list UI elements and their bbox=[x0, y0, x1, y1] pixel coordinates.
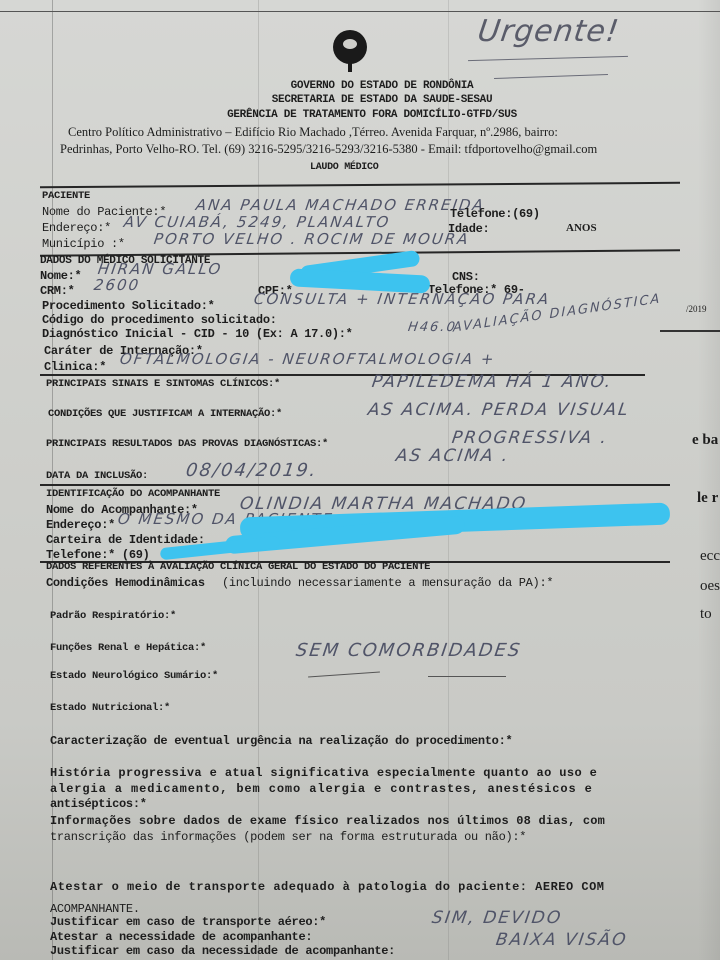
underline bbox=[468, 56, 628, 61]
history-line-2: alergia a medicamento, bem como alergia … bbox=[50, 782, 593, 796]
margin-fragment: ecc bbox=[700, 548, 720, 565]
header-government: GOVERNO DO ESTADO DE RONDÔNIA bbox=[22, 80, 720, 92]
patient-address-label: Endereço:* bbox=[42, 221, 111, 235]
exam-info-line-1: Informações sobre dados de exame físico … bbox=[50, 814, 605, 828]
respiratory-label: Padrão Respiratório:* bbox=[50, 610, 176, 622]
header-address-line2: Pedrinhas, Porto Velho-RO. Tel. (69) 321… bbox=[60, 142, 597, 157]
medical-report-page: Urgente! GOVERNO DO ESTADO DE RONDÔNIA S… bbox=[0, 0, 720, 960]
hemodynamic-label: Condições Hemodinâmicas bbox=[46, 576, 205, 590]
margin-fragment: oes bbox=[700, 578, 720, 595]
patient-age-unit: ANOS bbox=[566, 222, 597, 234]
admission-justification-label: CONDIÇÕES QUE JUSTIFICAM A INTERNAÇÃO:* bbox=[48, 408, 282, 420]
transport-line-2: ACOMPANHANTE. bbox=[50, 902, 140, 916]
header-secretariat: SECRETARIA DE ESTADO DA SAUDE-SESAU bbox=[22, 94, 720, 106]
clinical-signs-value: PAPILEDEMA HÁ 1 ANO. bbox=[371, 372, 614, 392]
diagnosis-value: H46.0 bbox=[407, 320, 458, 335]
procedure-value: CONSULTA + INTERNAÇÃO PARA bbox=[253, 290, 552, 308]
inclusion-date-label: DATA DA INCLUSÃO: bbox=[46, 470, 148, 482]
diagnostic-results-value-continued: AS ACIMA . bbox=[395, 446, 511, 466]
admission-justification-value: AS ACIMA. PERDA VISUAL bbox=[367, 400, 631, 420]
section-divider bbox=[40, 182, 680, 188]
header-department: GERÊNCIA DE TRATAMENTO FORA DOMICÍLIO-GT… bbox=[12, 109, 720, 121]
handwritten-stroke bbox=[308, 671, 380, 677]
section-patient: PACIENTE bbox=[42, 190, 90, 202]
patient-city-value: PORTO VELHO . ROCIM DE MOURA bbox=[153, 230, 471, 248]
physician-crm-label: CRM:* bbox=[40, 284, 75, 298]
companion-need-value: SIM, DEVIDO bbox=[431, 908, 564, 928]
companion-justification-label: Justificar em caso da necessidade de aco… bbox=[50, 944, 395, 958]
history-line-1: História progressiva e atual significati… bbox=[50, 766, 597, 780]
diagnostic-results-label: PRINCIPAIS RESULTADOS DAS PROVAS DIAGNÓS… bbox=[46, 438, 328, 450]
divider bbox=[660, 330, 720, 332]
patient-address-value: AV CUIABÁ, 5249, PLANALTO bbox=[123, 213, 392, 231]
handwritten-stroke bbox=[428, 676, 506, 677]
procedure-label: Procedimento Solicitado:* bbox=[42, 299, 215, 313]
hemodynamic-note: (incluindo necessariamente a mensuração … bbox=[222, 576, 553, 590]
companion-justification-value: BAIXA VISÃO bbox=[495, 930, 629, 950]
margin-year: /2019 bbox=[686, 304, 707, 314]
air-transport-justification-label: Justificar em caso de transporte aéreo:* bbox=[50, 915, 326, 929]
procedure-code-label: Código do procedimento solicitado: bbox=[42, 313, 277, 327]
underline bbox=[494, 74, 608, 79]
urgent-note: Urgente! bbox=[476, 14, 622, 49]
clinical-signs-label: PRINCIPAIS SINAIS E SINTOMAS CLÍNICOS:* bbox=[46, 378, 280, 390]
renal-hepatic-label: Funções Renal e Hepática:* bbox=[50, 642, 206, 654]
section-companion: IDENTIFICAÇÃO DO ACOMPANHANTE bbox=[46, 488, 220, 500]
margin-fragment: e ba bbox=[692, 432, 718, 449]
clinic-label: Clinica:* bbox=[44, 360, 106, 374]
section-clinical-evaluation: DADOS REFERENTES À AVALIAÇÃO CLÍNICA GER… bbox=[46, 561, 430, 573]
physician-cns-label: CNS: bbox=[452, 270, 480, 284]
coat-of-arms-icon bbox=[333, 30, 367, 64]
diagnostic-results-value: PROGRESSIVA . bbox=[451, 428, 610, 448]
patient-phone-label: Telefone:(69) bbox=[450, 207, 540, 221]
clinic-value: OFTALMOLOGIA - NEUROFTALMOLOGIA + bbox=[119, 350, 497, 368]
inclusion-date-value: 08/04/2019. bbox=[185, 460, 319, 481]
history-line-3: antisépticos:* bbox=[50, 797, 147, 811]
physician-name-label: Nome:* bbox=[40, 269, 81, 283]
renal-hepatic-value: SEM COMORBIDADES bbox=[295, 640, 523, 661]
physician-crm-value: 2600 bbox=[93, 276, 142, 294]
exam-info-line-2: transcrição das informações (podem ser n… bbox=[50, 830, 526, 844]
companion-phone-label: Telefone:* (69) bbox=[46, 548, 150, 562]
top-border bbox=[0, 11, 720, 12]
patient-city-label: Município :* bbox=[42, 237, 125, 251]
urgency-label: Caracterização de eventual urgência na r… bbox=[50, 734, 512, 748]
companion-need-label: Atestar a necessidade de acompanhante: bbox=[50, 930, 312, 944]
companion-id-label: Carteira de Identidade: bbox=[46, 533, 205, 547]
companion-address-label: Endereço:* bbox=[46, 518, 115, 532]
margin-fragment: le r bbox=[697, 490, 718, 507]
nutritional-label: Estado Nutricional:* bbox=[50, 702, 170, 714]
section-divider bbox=[40, 484, 670, 486]
page-edge-shadow bbox=[698, 0, 720, 960]
margin-fragment: to bbox=[700, 606, 712, 623]
transport-line-1: Atestar o meio de transporte adequado à … bbox=[50, 880, 604, 894]
diagnosis-label: Diagnóstico Inicial - CID - 10 (Ex: A 17… bbox=[42, 327, 353, 341]
patient-name-value: ANA PAULA MACHADO ERREIDA bbox=[195, 196, 486, 214]
header-address-line1: Centro Político Administrativo – Edifíci… bbox=[68, 125, 558, 140]
document-title: LAUDO MÉDICO bbox=[310, 162, 378, 173]
neurological-label: Estado Neurológico Sumário:* bbox=[50, 670, 218, 682]
